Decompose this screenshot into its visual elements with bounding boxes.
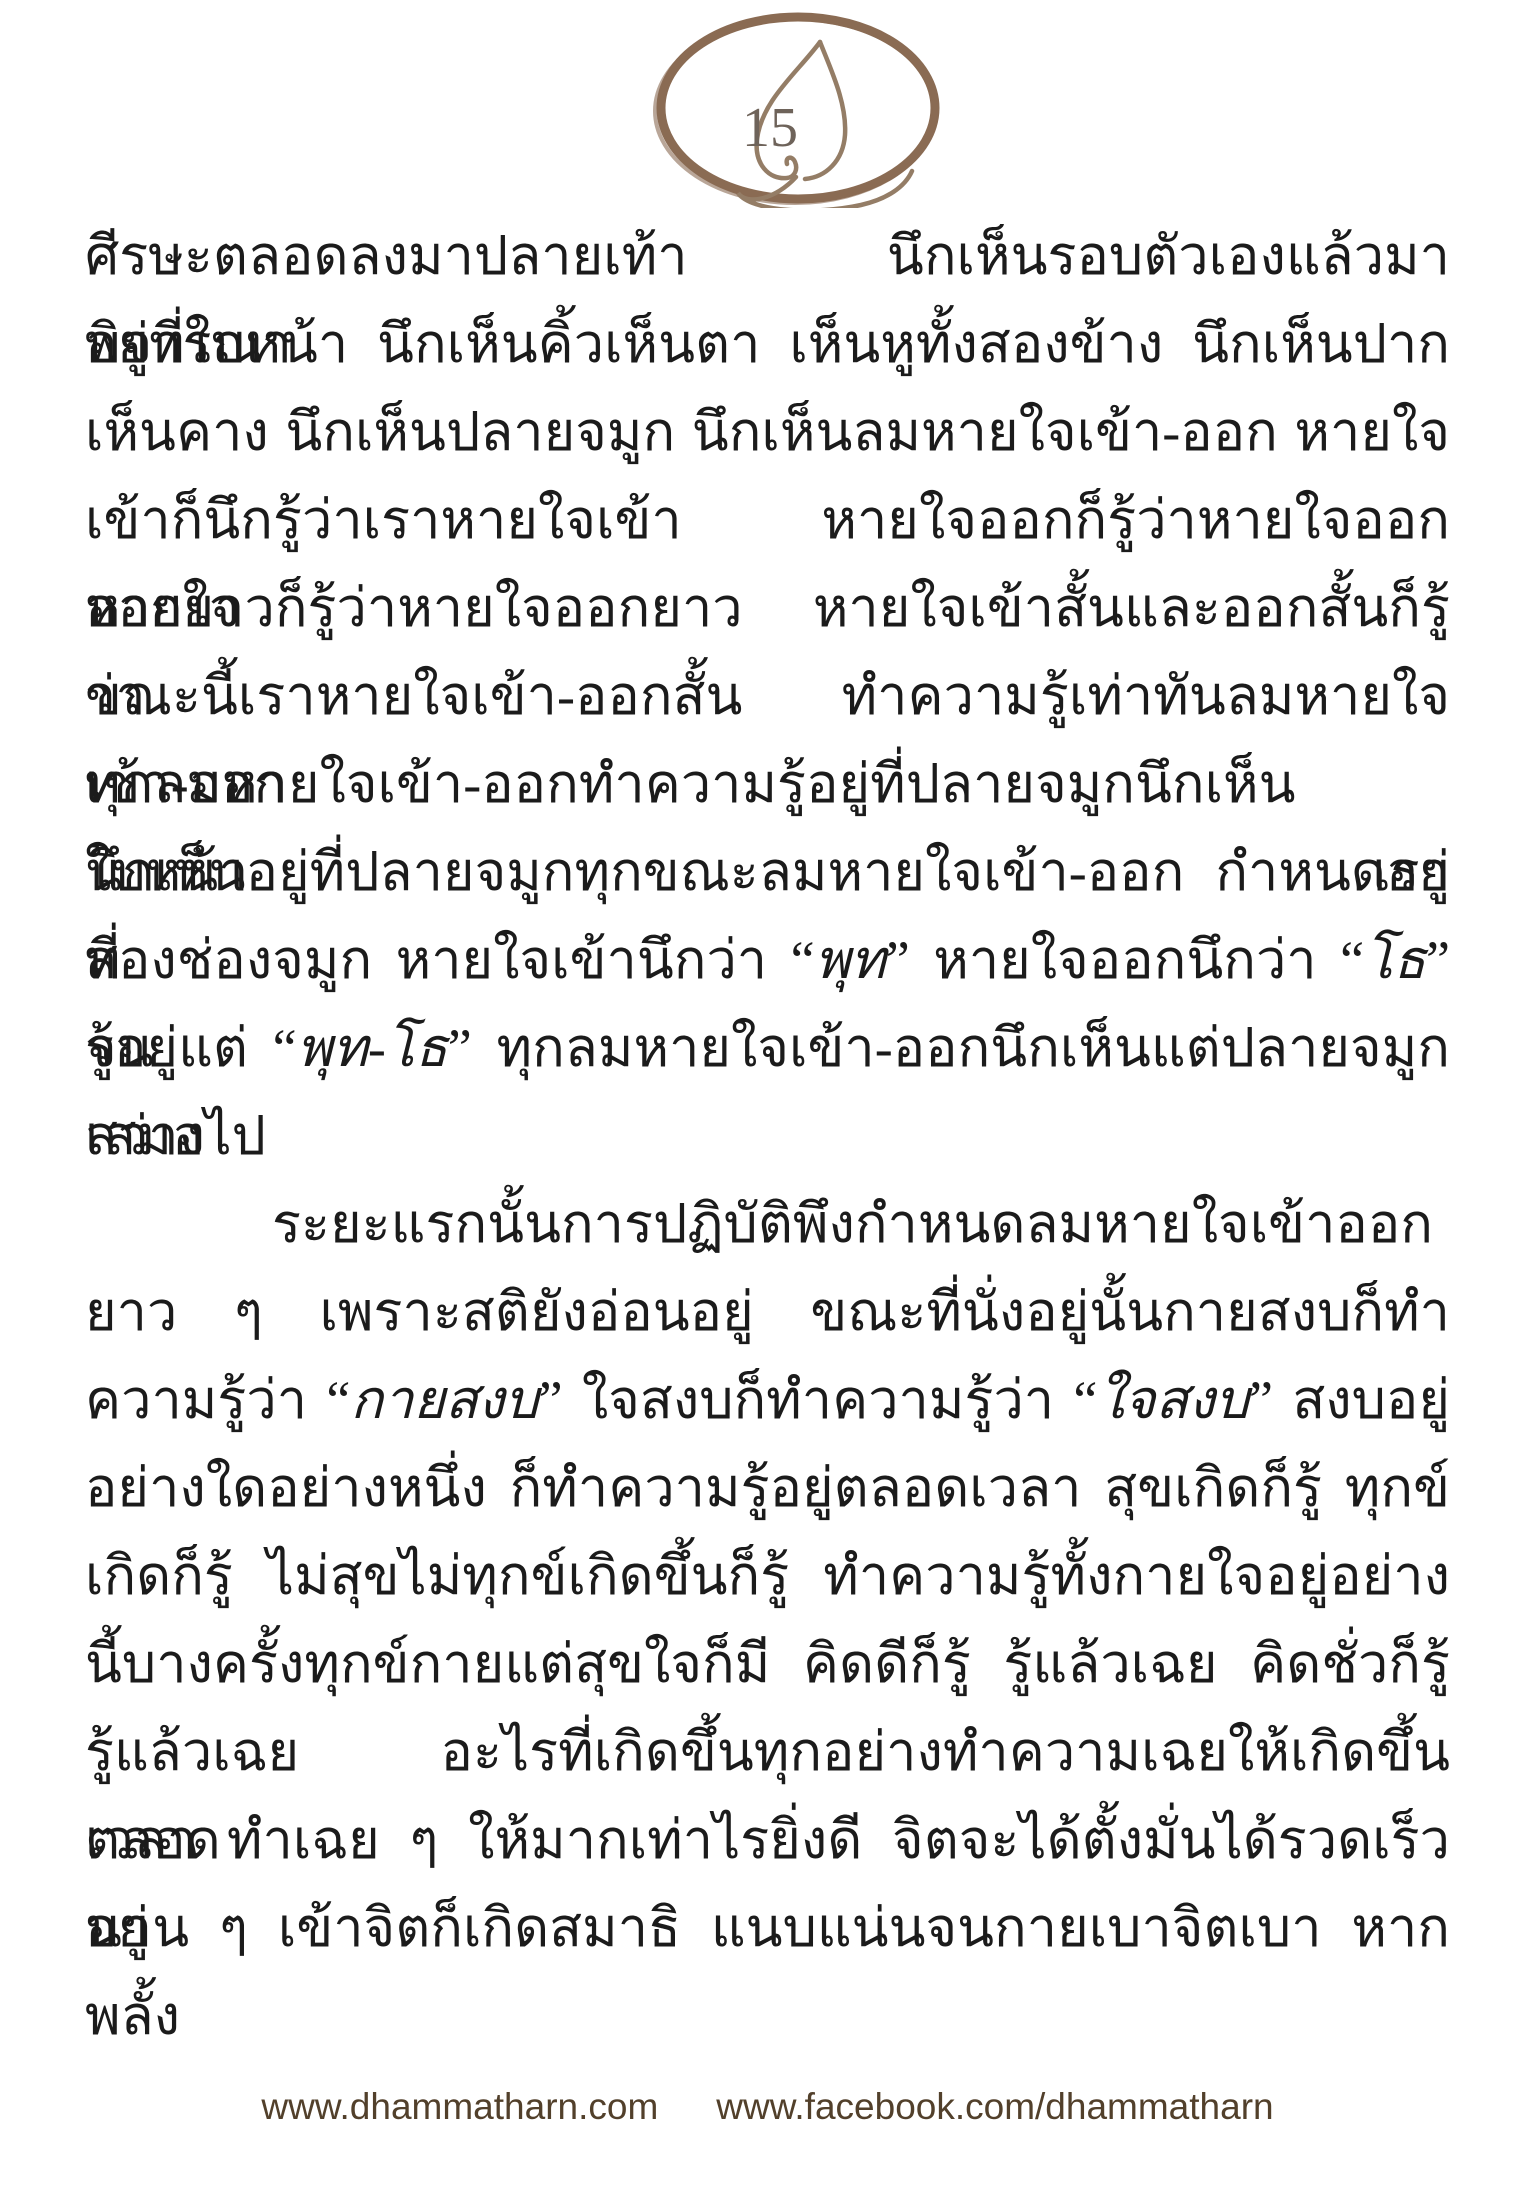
- text-line: สองช่องจมูก หายใจเข้านึกว่า “พุท” หายใจอ…: [85, 916, 1450, 1004]
- text-line: อยู่ที่ใบหน้า นึกเห็นคิ้วเห็นตา เห็นหูทั…: [85, 300, 1450, 388]
- bodhi-leaf-icon: 15: [648, 8, 948, 208]
- text-line: นึกเห็นอยู่ที่ปลายจมูกทุกขณะลมหายใจเข้า-…: [85, 828, 1450, 916]
- body-text: ศีรษะตลอดลงมาปลายเท้า นึกเห็นรอบตัวเองแล…: [85, 212, 1450, 1972]
- text-segment: ” สงบอยู่: [1249, 1370, 1450, 1430]
- text-segment: ยาว ๆ เพราะสติยังอ่อนอยู่ ขณะที่นั่งอยู่…: [85, 1282, 1450, 1342]
- text-line: รู้อยู่แต่ “พุท-โธ” ทุกลมหายใจเข้า-ออกนึ…: [85, 1004, 1450, 1092]
- emphasized-word: โธ: [1364, 930, 1426, 990]
- text-line: เวลา ทำเฉย ๆ ให้มากเท่าไรยิ่งดี จิตจะได้…: [85, 1796, 1450, 1884]
- emphasized-word: กายสงบ: [350, 1370, 538, 1430]
- text-segment: สองช่องจมูก หายใจเข้านึกว่า “: [85, 930, 815, 990]
- text-line: ระยะแรกนั้นการปฏิบัติพึงกำหนดลมหายใจเข้า…: [85, 1180, 1450, 1268]
- text-segment: นาน ๆ เข้าจิตก็เกิดสมาธิ แนบแน่นจนกายเบา…: [85, 1898, 1450, 2046]
- text-line: ขณะนี้เราหายใจเข้า-ออกสั้น ทำความรู้เท่า…: [85, 652, 1450, 740]
- text-segment: ความรู้ว่า “: [85, 1370, 350, 1430]
- text-line: เห็นคาง นึกเห็นปลายจมูก นึกเห็นลมหายใจเข…: [85, 388, 1450, 476]
- text-line: นาน ๆ เข้าจิตก็เกิดสมาธิ แนบแน่นจนกายเบา…: [85, 1884, 1450, 1972]
- emphasized-word: พุท-โธ: [297, 1018, 448, 1078]
- leaf-outline-right: [805, 42, 845, 179]
- text-segment: เสมอไป: [85, 1106, 266, 1166]
- text-segment: เกิดก็รู้ ไม่สุขไม่ทุกข์เกิดขึ้นก็รู้ ทำ…: [85, 1546, 1450, 1606]
- text-segment: ” ใจสงบก็ทำความรู้ว่า “: [539, 1370, 1098, 1430]
- text-line: ยาว ๆ เพราะสติยังอ่อนอยู่ ขณะที่นั่งอยู่…: [85, 1268, 1450, 1356]
- text-line: ทุกลมหายใจเข้า-ออกทำความรู้อยู่ที่ปลายจม…: [85, 740, 1450, 828]
- text-line: นี้บางครั้งทุกข์กายแต่สุขใจก็มี คิดดีก็ร…: [85, 1620, 1450, 1708]
- text-line: อย่างใดอย่างหนึ่ง ก็ทำความรู้อยู่ตลอดเวล…: [85, 1444, 1450, 1532]
- text-segment: รู้อยู่แต่ “: [85, 1018, 297, 1078]
- text-line: รู้แล้วเฉย อะไรที่เกิดขึ้นทุกอย่างทำความ…: [85, 1708, 1450, 1796]
- text-segment: ระยะแรกนั้นการปฏิบัติพึงกำหนดลมหายใจเข้า…: [272, 1194, 1433, 1254]
- footer: www.dhammatharn.com www.facebook.com/dha…: [0, 2086, 1535, 2128]
- book-page: 15 ศีรษะตลอดลงมาปลายเท้า นึกเห็นรอบตัวเอ…: [0, 0, 1535, 2185]
- text-segment: นี้บางครั้งทุกข์กายแต่สุขใจก็มี คิดดีก็ร…: [85, 1634, 1450, 1694]
- page-number: 15: [742, 97, 798, 159]
- text-line: เสมอไป: [85, 1092, 1450, 1180]
- dhammatharn-url[interactable]: www.dhammatharn.com: [261, 2086, 658, 2128]
- emphasized-word: ใจสงบ: [1097, 1370, 1249, 1430]
- text-line: ศีรษะตลอดลงมาปลายเท้า นึกเห็นรอบตัวเองแล…: [85, 212, 1450, 300]
- text-line: ความรู้ว่า “กายสงบ” ใจสงบก็ทำความรู้ว่า …: [85, 1356, 1450, 1444]
- text-segment: ” หายใจออกนึกว่า “: [886, 930, 1364, 990]
- page-number-badge: 15: [648, 8, 948, 208]
- text-line: ออกยาวก็รู้ว่าหายใจออกยาว หายใจเข้าสั้นแ…: [85, 564, 1450, 652]
- text-segment: อย่างใดอย่างหนึ่ง ก็ทำความรู้อยู่ตลอดเวล…: [85, 1458, 1450, 1518]
- facebook-url[interactable]: www.facebook.com/dhammatharn: [716, 2086, 1273, 2128]
- text-line: เกิดก็รู้ ไม่สุขไม่ทุกข์เกิดขึ้นก็รู้ ทำ…: [85, 1532, 1450, 1620]
- emphasized-word: พุท: [815, 930, 886, 990]
- text-segment: เห็นคาง นึกเห็นปลายจมูก นึกเห็นลมหายใจเข…: [85, 402, 1450, 462]
- text-line: เข้าก็นึกรู้ว่าเราหายใจเข้า หายใจออกก็รู…: [85, 476, 1450, 564]
- text-segment: อยู่ที่ใบหน้า นึกเห็นคิ้วเห็นตา เห็นหูทั…: [85, 314, 1450, 374]
